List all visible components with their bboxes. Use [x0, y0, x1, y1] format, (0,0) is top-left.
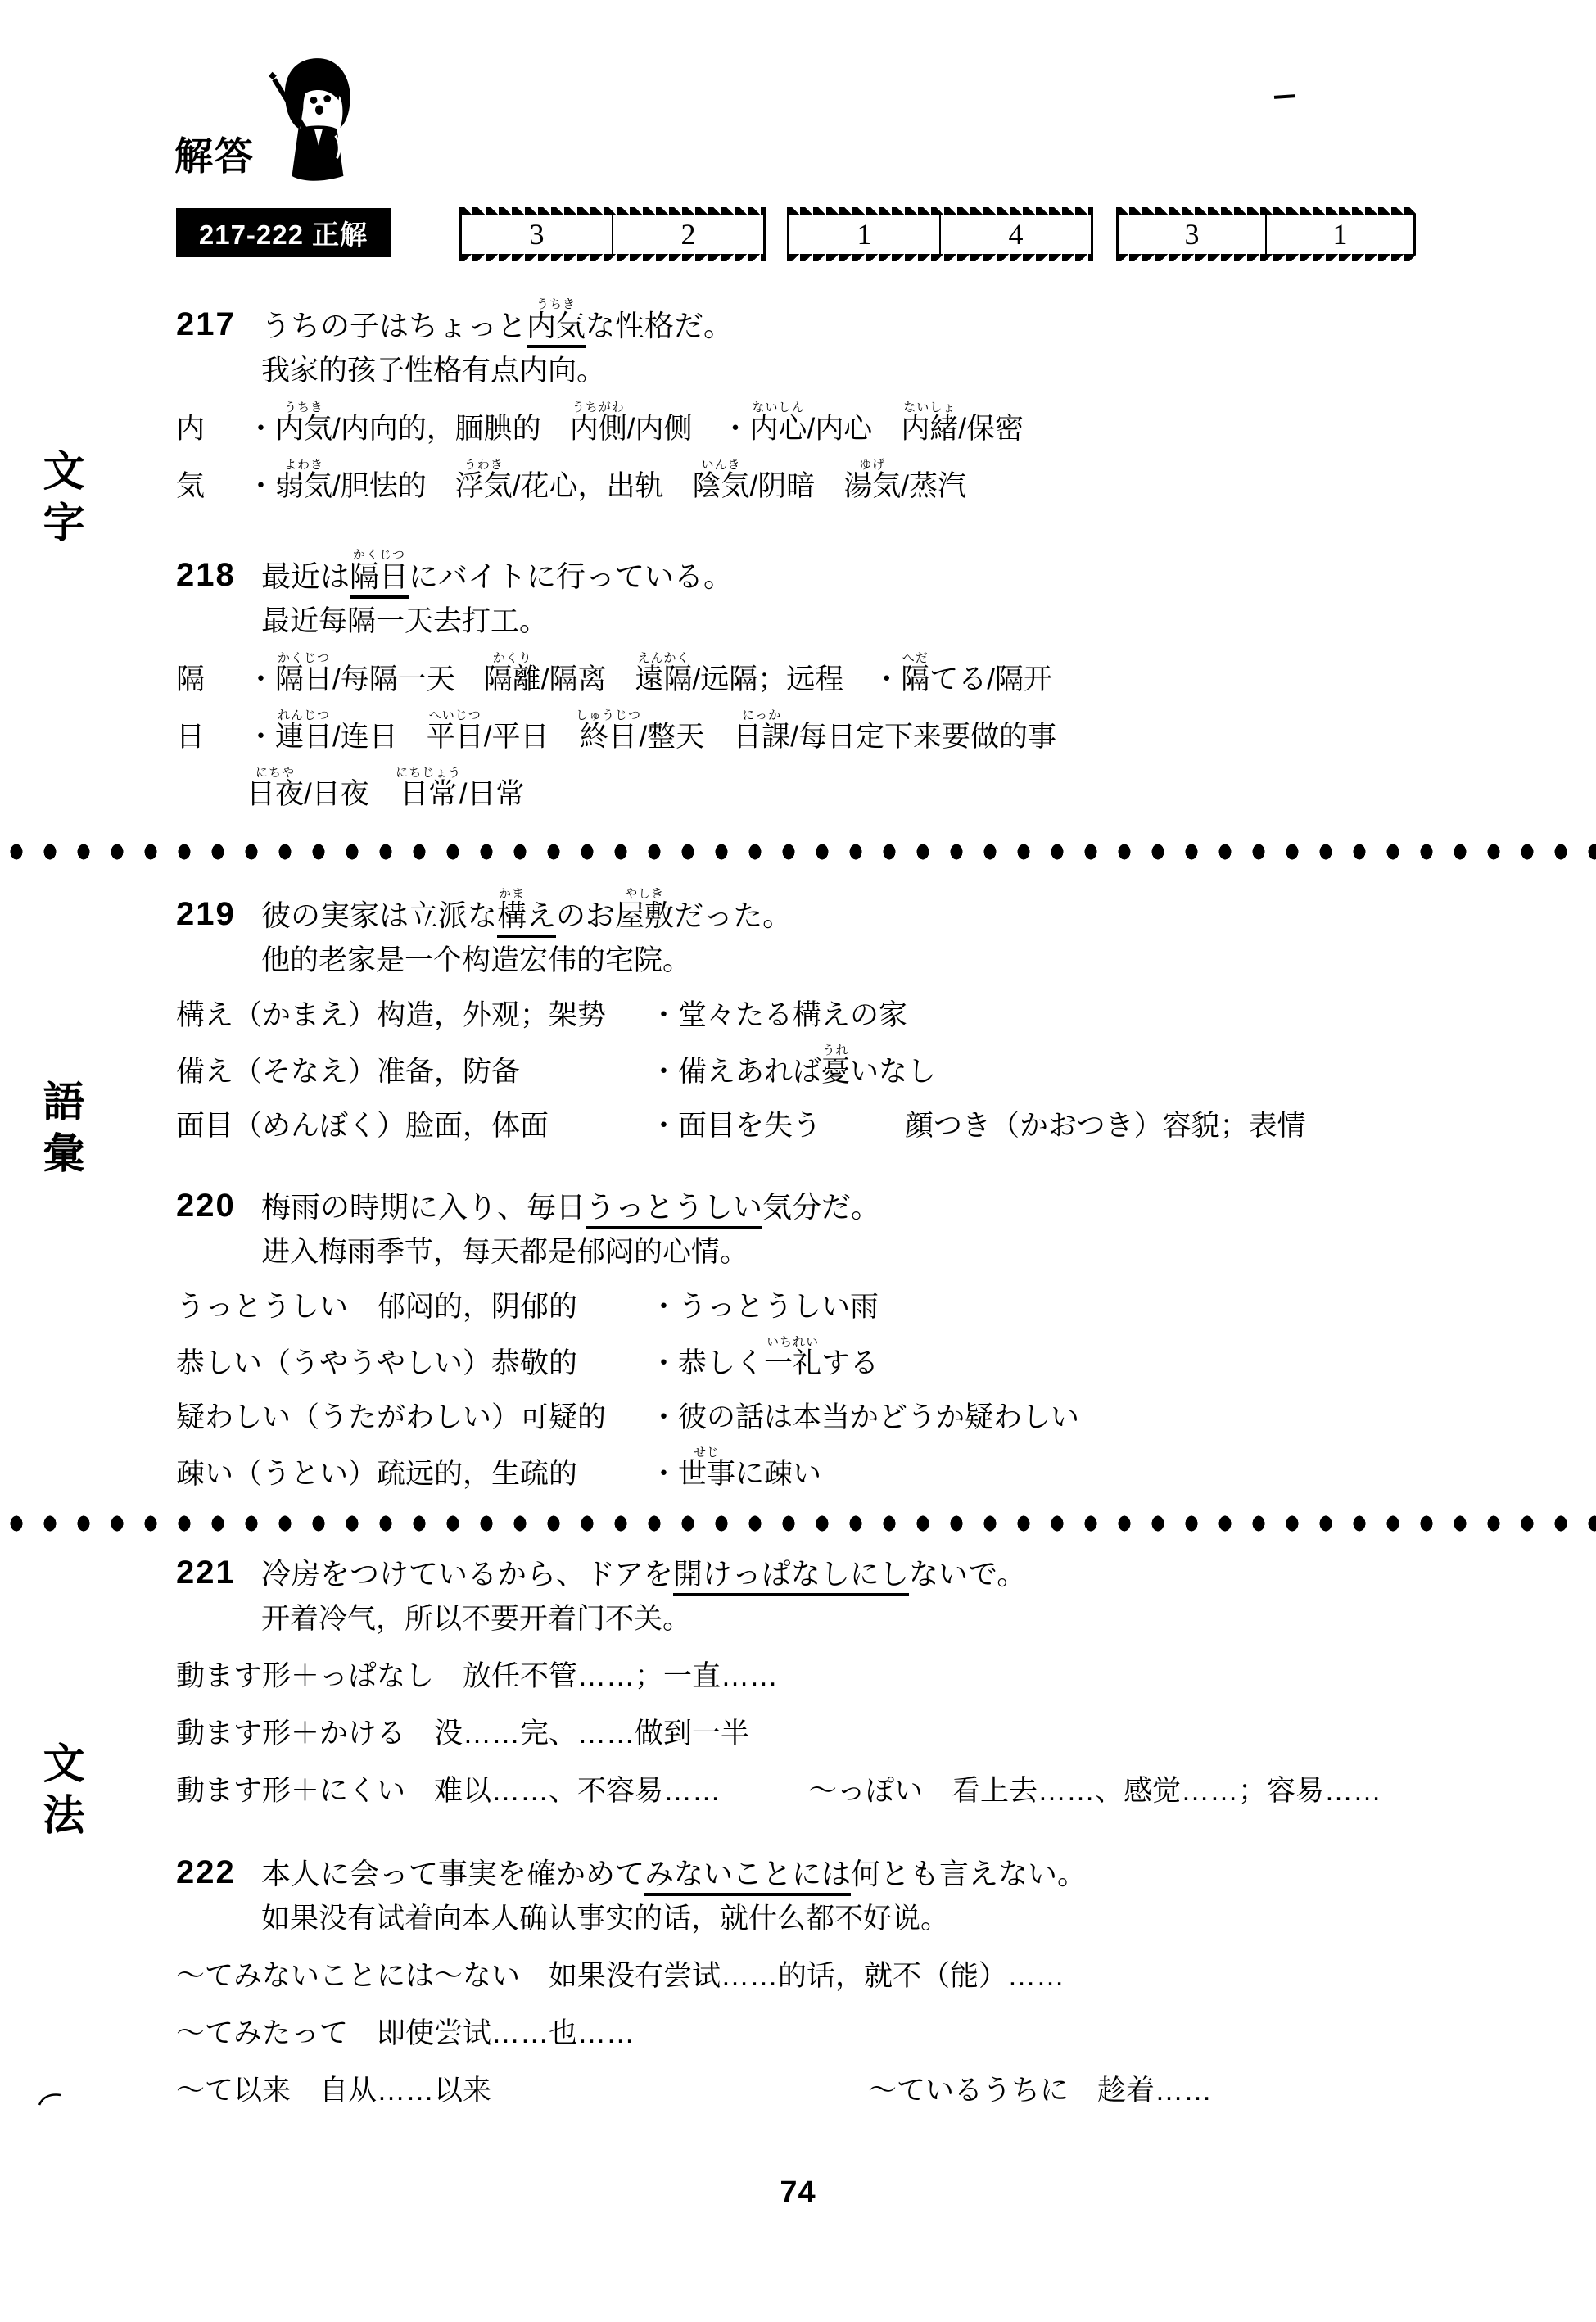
vocab-row-content: ・内気うちき/内向的，腼腆的 内側うちがわ/内侧 ・内心ないしん/内心 内緒ない… [246, 401, 1024, 446]
answer-cell: 4 [939, 215, 1091, 254]
answer-box-group: 3 1 [1116, 215, 1416, 254]
definition-row: 疎い（うとい）疏远的，生疏的 ・世事せじに疎い [176, 1446, 1535, 1491]
question-number: 219 [176, 896, 240, 932]
answer-box-group: 3 2 [459, 215, 766, 254]
grammar-pattern: 動ます形＋にくい 难以……、不容易…… [176, 1774, 808, 1808]
definition-term: 備え（そなえ）准备，防备 [176, 1056, 649, 1089]
grammar-row: ～てみたって 即使尝试……也…… [176, 2010, 1535, 2051]
definition-example: ・備えあれば憂うれいなし [649, 1043, 936, 1089]
answer-cell: 2 [612, 215, 763, 254]
dotted-divider [0, 1514, 1596, 1533]
page-header: 解答 [174, 54, 363, 187]
grammar-row: 動ます形＋っぱなし 放任不管……；一直…… [176, 1653, 1535, 1694]
vocab-row: 気 ・弱気よわき/胆怯的 浮気うわき/花心，出轨 陰気いんき/阴暗 湯気ゆげ/蒸… [176, 452, 1535, 503]
definition-example: ・世事せじに疎い [649, 1446, 821, 1491]
margin-label-moji: 文字 [38, 449, 79, 552]
vocab-row-content: ・弱気よわき/胆怯的 浮気うわき/花心，出轨 陰気いんき/阴暗 湯気ゆげ/蒸汽 [246, 458, 966, 503]
question-sentence: うちの子はちょっと内気うちきな性格だ。 [261, 297, 733, 342]
question-translation: 他的老家是一个构造宏伟的宅院。 [261, 944, 1535, 978]
definition-row: 備え（そなえ）准备，防备 ・備えあれば憂うれいなし [176, 1043, 1535, 1089]
definition-row: 構え（かまえ）构造，外观；架势 ・堂々たる構えの家 [176, 989, 1535, 1032]
definition-term: 恭しい（うやうやしい）恭敬的 [176, 1347, 649, 1380]
answer-cell: 3 [1119, 215, 1265, 254]
answers-heading: 解答 [174, 137, 255, 187]
question-sentence: 彼の実家は立派な構かまえのお屋敷やしきだった。 [261, 887, 792, 932]
question-block-219: 219 彼の実家は立派な構かまえのお屋敷やしきだった。 他的老家是一个构造宏伟的… [176, 878, 1535, 1143]
vocab-row: 日夜にちや/日夜 日常にちじょう/日常 [176, 760, 1535, 811]
vocab-row-content: ・隔日かくじつ/每隔一天 隔離かくり/隔离 遠隔えんかく/远隔；远程 ・隔へだて… [246, 651, 1052, 696]
grammar-row: 動ます形＋にくい 难以……、不容易…… ～っぽい 看上去……、感觉……；容易…… [176, 1768, 1535, 1808]
margin-label-goi: 語彙 [38, 1080, 79, 1183]
definition-example: ・恭しく一礼いちれいする [649, 1335, 879, 1380]
definition-term: 疑わしい（うたがわしい）可疑的 [176, 1401, 649, 1434]
question-sentence: 本人に会って事実を確かめてみないことには何とも言えない。 [261, 1857, 1087, 1890]
question-number: 221 [176, 1555, 240, 1591]
answer-cell: 1 [789, 215, 939, 254]
answer-strip: 217-222 正解 3 2 1 4 3 1 [176, 208, 1416, 269]
question-number: 218 [176, 557, 240, 593]
vocab-head-kanji: 日 [176, 721, 246, 754]
grammar-pattern: 動ます形＋っぱなし 放任不管……；一直…… [176, 1659, 778, 1694]
definition-example: ・面目を失う [649, 1110, 905, 1143]
definition-row: 疑わしい（うたがわしい）可疑的 ・彼の話は本当かどうか疑わしい [176, 1392, 1535, 1434]
definition-example: ・堂々たる構えの家 [649, 999, 907, 1032]
vocab-head-kanji: 隔 [176, 663, 246, 696]
definition-extra: 顔つき（かおつき）容貌；表情 [905, 1110, 1306, 1143]
answer-box-group: 1 4 [787, 215, 1093, 254]
question-number: 217 [176, 306, 240, 342]
vocab-head-kanji: 内 [176, 413, 246, 446]
grammar-pattern: 動ます形＋かける 没……完、……做到一半 [176, 1717, 749, 1751]
grammar-pattern: ～て以来 自从……以来 [176, 2074, 868, 2108]
grammar-row: ～て以来 自从……以来 ～ているうちに 趁着…… [176, 2067, 1535, 2108]
definition-term: うっとうしい 郁闷的，阴郁的 [176, 1291, 649, 1324]
grammar-pattern-extra: ～っぽい 看上去……、感觉……；容易…… [808, 1774, 1381, 1808]
question-translation: 开着冷气，所以不要开着门不关。 [261, 1602, 1535, 1636]
scan-artifact-dash [1274, 94, 1295, 99]
teacher-girl-illustration [266, 54, 363, 187]
question-translation: 我家的孩子性格有点内向。 [261, 354, 1535, 388]
definition-term: 構え（かまえ）构造，外观；架势 [176, 999, 649, 1032]
definition-row: 恭しい（うやうやしい）恭敬的 ・恭しく一礼いちれいする [176, 1335, 1535, 1380]
margin-label-bunpou: 文法 [38, 1741, 79, 1844]
question-block-218: 218 最近は隔日かくじつにバイトに行っている。 最近每隔一天去打工。 隔 ・隔… [176, 539, 1535, 811]
grammar-pattern: ～てみたって 即使尝试……也…… [176, 2016, 635, 2051]
question-block-221: 221 冷房をつけているから、ドアを開けっぱなしにしないで。 开着冷气，所以不要… [176, 1537, 1535, 1808]
question-sentence: 冷房をつけているから、ドアを開けっぱなしにしないで。 [261, 1557, 1026, 1591]
question-block-220: 220 梅雨の時期に入り、毎日うっとうしい気分だ。 进入梅雨季节，每天都是郁闷的… [176, 1170, 1535, 1491]
question-sentence: 梅雨の時期に入り、毎日うっとうしい気分だ。 [261, 1190, 880, 1224]
grammar-pattern-extra: ～ているうちに 趁着…… [868, 2074, 1212, 2108]
question-translation: 最近每隔一天去打工。 [261, 604, 1535, 639]
question-sentence: 最近は隔日かくじつにバイトに行っている。 [261, 548, 733, 593]
question-translation: 如果没有试着向本人确认事实的话，就什么都不好说。 [261, 1902, 1535, 1936]
dotted-divider [0, 842, 1596, 862]
page-number: 74 [0, 2175, 1596, 2211]
grammar-row: ～てみないことには～ない 如果没有尝试……的话，就不（能）…… [176, 1953, 1535, 1994]
vocab-row-content: ・連日れんじつ/连日 平日へいじつ/平日 終日しゅうじつ/整天 日課にっか/每日… [246, 708, 1056, 754]
question-block-217: 217 うちの子はちょっと内気うちきな性格だ。 我家的孩子性格有点内向。 内 ・… [176, 288, 1535, 503]
answer-cell: 3 [462, 215, 612, 254]
question-number: 220 [176, 1188, 240, 1224]
grammar-row: 動ます形＋かける 没……完、……做到一半 [176, 1710, 1535, 1751]
definition-term: 面目（めんぼく）脸面，体面 [176, 1110, 649, 1143]
definition-term: 疎い（うとい）疏远的，生疏的 [176, 1458, 649, 1491]
question-translation: 进入梅雨季节，每天都是郁闷的心情。 [261, 1235, 1535, 1270]
definition-example: ・うっとうしい雨 [649, 1291, 879, 1324]
definition-row: 面目（めんぼく）脸面，体面 ・面目を失う 顔つき（かおつき）容貌；表情 [176, 1100, 1535, 1143]
grammar-pattern: ～てみないことには～ない 如果没有尝试……的话，就不（能）…… [176, 1959, 1065, 1994]
vocab-row-content: 日夜にちや/日夜 日常にちじょう/日常 [246, 766, 525, 811]
vocab-head-kanji: 気 [176, 470, 246, 503]
scan-artifact-mark [36, 2087, 64, 2112]
vocab-row: 隔 ・隔日かくじつ/每隔一天 隔離かくり/隔离 遠隔えんかく/远隔；远程 ・隔へ… [176, 645, 1535, 696]
vocab-row: 内 ・内気うちき/内向的，腼腆的 内側うちがわ/内侧 ・内心ないしん/内心 内緒… [176, 395, 1535, 446]
question-block-222: 222 本人に会って事実を確かめてみないことには何とも言えない。 如果没有试着向… [176, 1836, 1535, 2108]
answer-range-label: 217-222 正解 [176, 208, 391, 257]
definition-row: うっとうしい 郁闷的，阴郁的 ・うっとうしい雨 [176, 1281, 1535, 1324]
definition-example: ・彼の話は本当かどうか疑わしい [649, 1401, 1079, 1434]
vocab-row: 日 ・連日れんじつ/连日 平日へいじつ/平日 終日しゅうじつ/整天 日課にっか/… [176, 703, 1535, 754]
answer-cell: 1 [1265, 215, 1413, 254]
question-number: 222 [176, 1854, 240, 1890]
